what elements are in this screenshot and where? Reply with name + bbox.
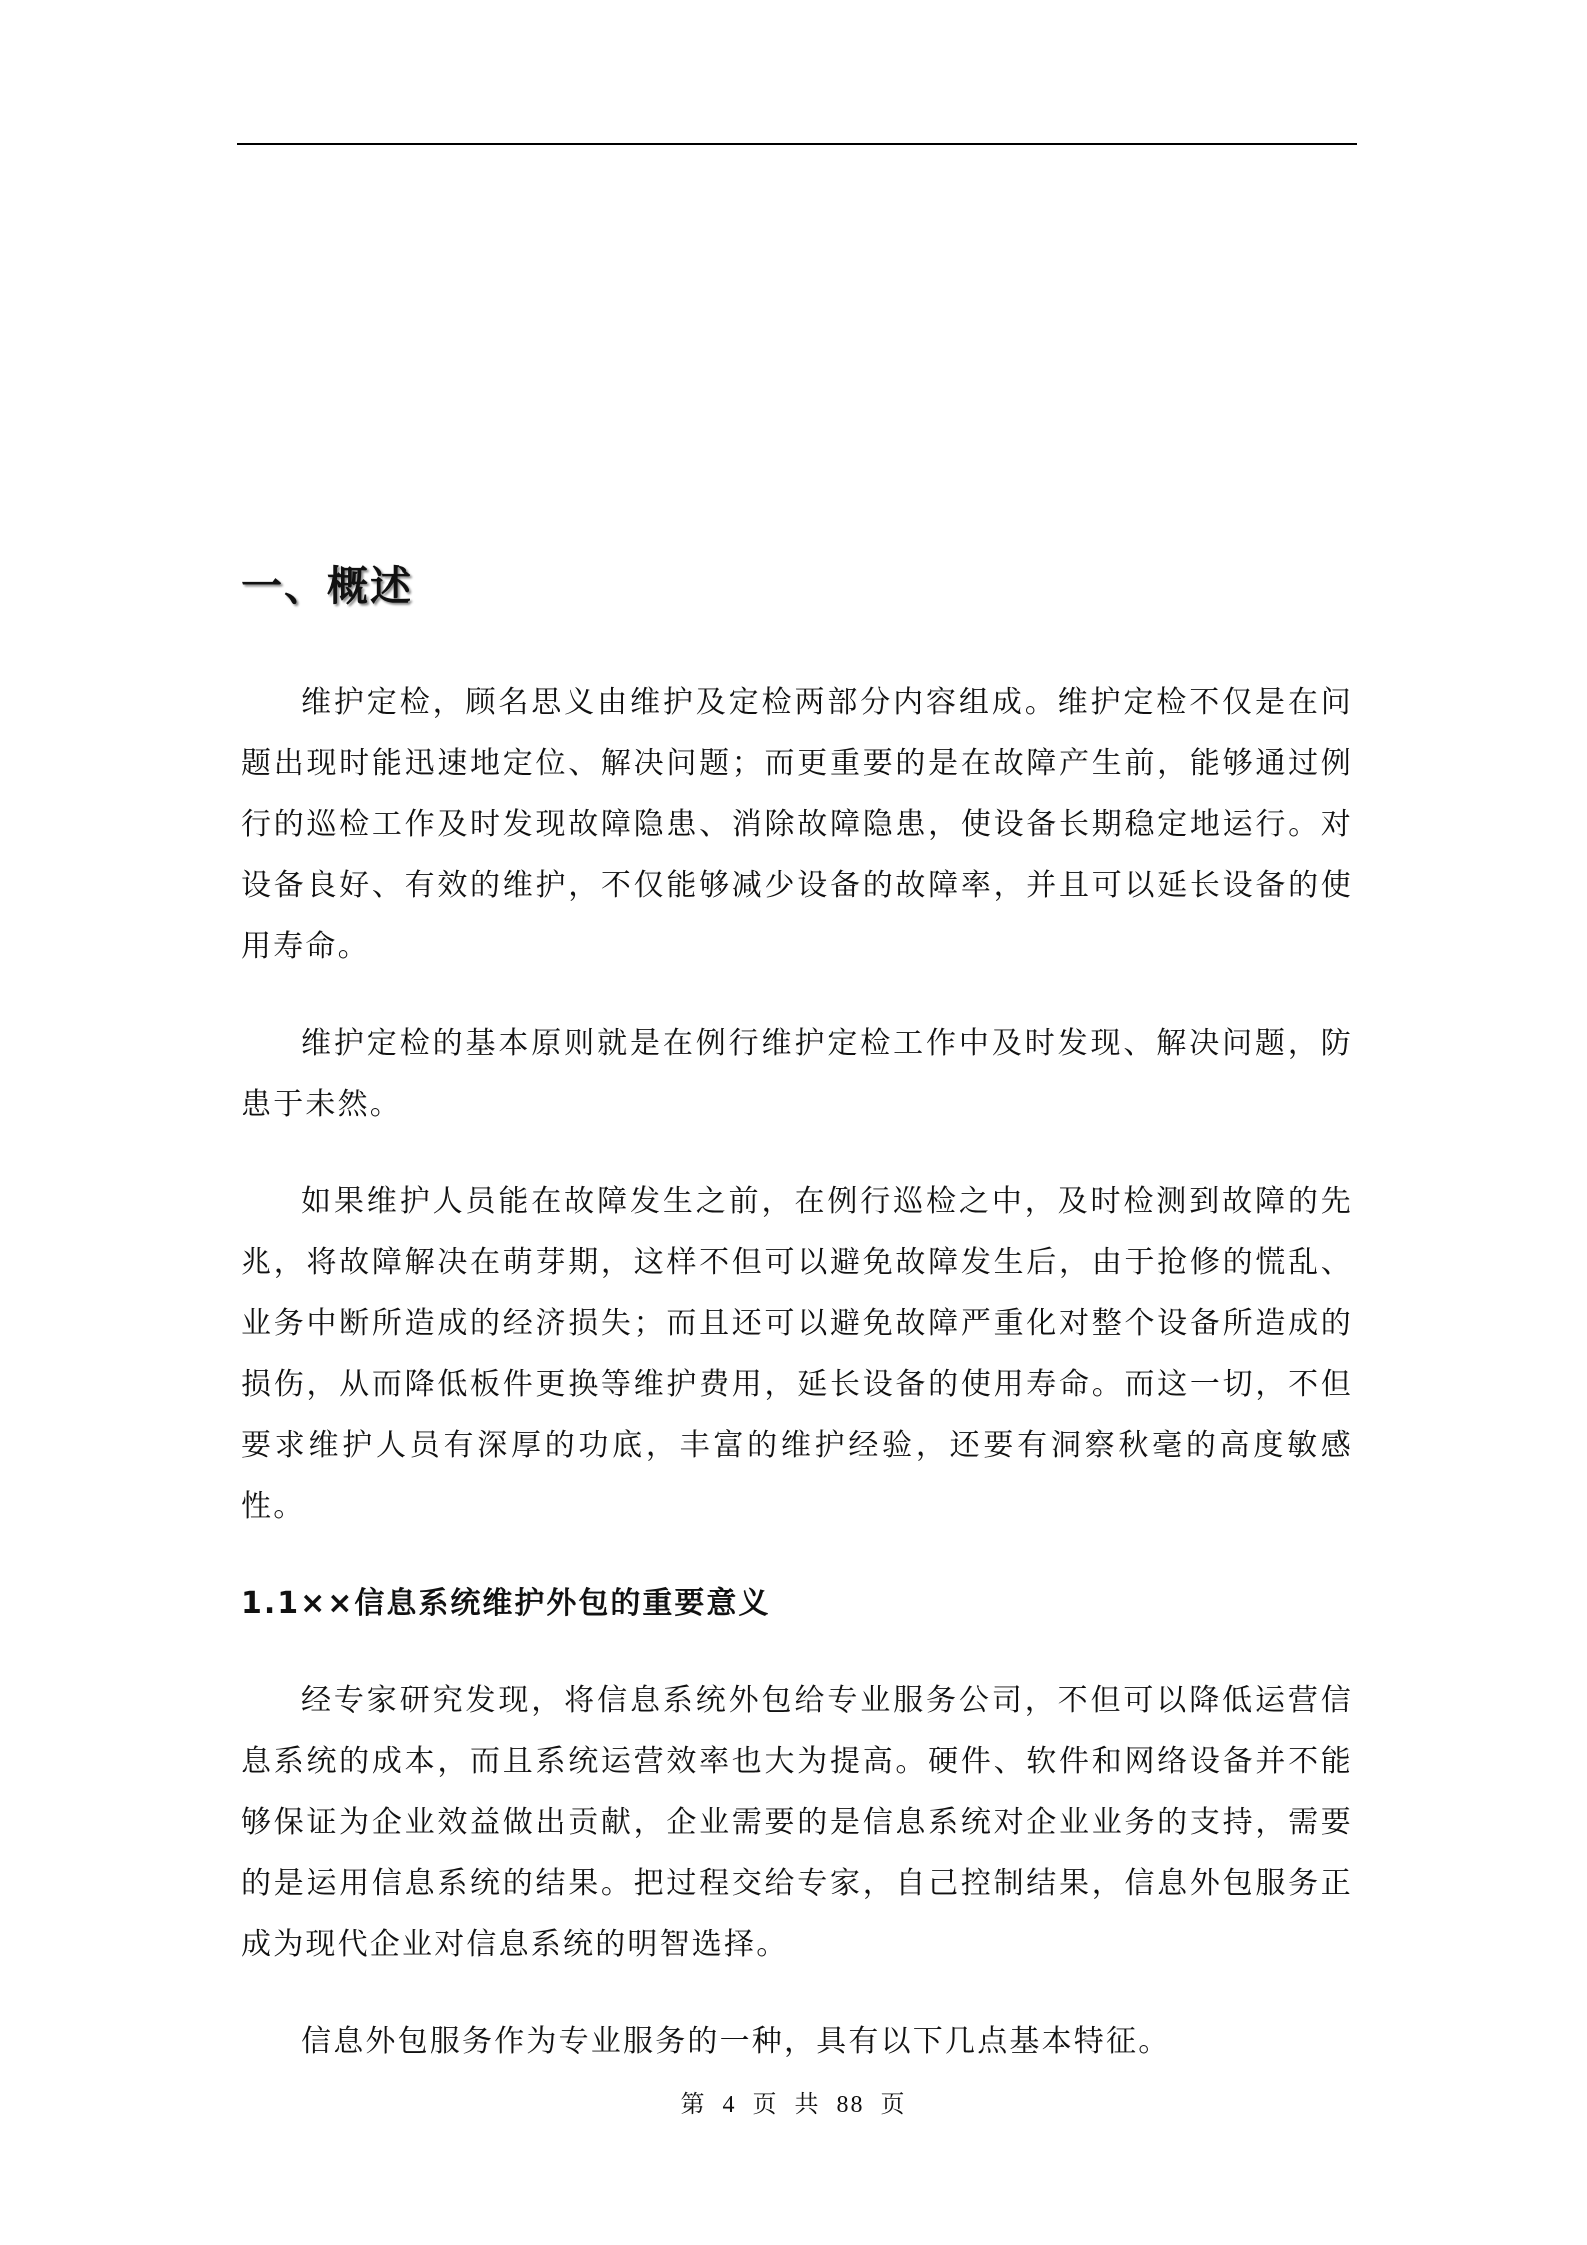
subsection-heading: 1.1××信息系统维护外包的重要意义 (241, 1573, 1353, 1634)
paragraph: 如果维护人员能在故障发生之前，在例行巡检之中，及时检测到故障的先兆，将故障解决在… (241, 1171, 1353, 1537)
header-rule (237, 143, 1357, 145)
document-body: 一、概述 维护定检，顾名思义由维护及定检两部分内容组成。维护定检不仅是在问题出现… (241, 540, 1353, 2072)
paragraph: 信息外包服务作为专业服务的一种，具有以下几点基本特征。 (241, 2011, 1353, 2072)
paragraph: 维护定检，顾名思义由维护及定检两部分内容组成。维护定检不仅是在问题出现时能迅速地… (241, 672, 1353, 977)
paragraph: 维护定检的基本原则就是在例行维护定检工作中及时发现、解决问题，防患于未然。 (241, 1013, 1353, 1135)
paragraph: 经专家研究发现，将信息系统外包给专业服务公司，不但可以降低运营信息系统的成本，而… (241, 1670, 1353, 1975)
page-number-footer: 第 4 页 共 88 页 (0, 2090, 1587, 2120)
section-heading: 一、概述 (241, 540, 1353, 632)
